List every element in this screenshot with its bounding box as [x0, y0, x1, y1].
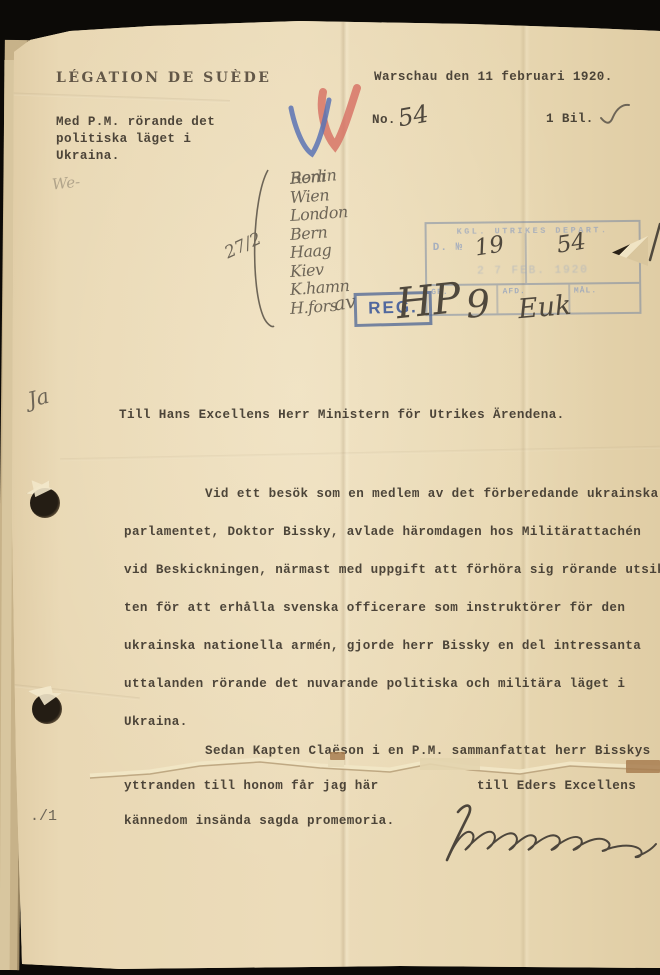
crease: [0, 683, 140, 701]
letter-paper: LÉGATION DE SUÈDE Warschau den 11 februa…: [0, 0, 660, 975]
enclosure-note: 1 Bil.: [546, 112, 594, 126]
body-line: uttalanden rörande det nuvarande politis…: [124, 677, 625, 691]
tape-repair: [626, 760, 660, 773]
crease: [60, 446, 660, 462]
body-line: Ukraina.: [124, 715, 188, 729]
stamp-dossier-value: 54: [555, 229, 588, 259]
stamp-header-text: KGL. UTRIKES DEPART.: [427, 225, 639, 237]
pencil-slash: [648, 222, 660, 262]
place-date-line: Warschau den 11 februari 1920.: [374, 70, 613, 84]
mal-value-handwritten: Euk: [517, 290, 573, 326]
crease: [0, 92, 230, 103]
stamp-dno-value: 19: [473, 231, 506, 261]
signature: [430, 798, 658, 870]
stamp-dno-label: D. №: [433, 242, 464, 254]
no-label: No.: [372, 113, 396, 127]
body-line: ukrainska nationella armén, gjorde herr …: [124, 639, 641, 653]
subject-line-1: Med P.M. rörande det: [56, 115, 215, 129]
document-scan: LÉGATION DE SUÈDE Warschau den 11 februa…: [0, 0, 660, 975]
subject-line-2: politiska läget i: [56, 132, 191, 146]
stamp-col-mal: MÅL.: [570, 284, 640, 313]
enclosure-ref: ./1: [30, 808, 57, 825]
subject-line-3: Ukraina.: [56, 149, 120, 163]
body-line: parlamentet, Doktor Bissky, avlade härom…: [124, 525, 641, 539]
gr-value-handwritten: HP: [394, 273, 464, 329]
pencil-check-icon: [598, 102, 632, 128]
tape-repair: [330, 752, 345, 760]
subject-block: Med P.M. rörande detpolitiska läget iUkr…: [56, 114, 215, 165]
body-line: vid Beskickningen, närmast med uppgift a…: [124, 563, 660, 577]
pencil-note: We-: [51, 173, 81, 194]
stamp-date: 2 7 FEB. 1920: [427, 264, 639, 278]
letterhead-legation: LÉGATION DE SUÈDE: [56, 70, 271, 86]
margin-initial: Ja: [25, 384, 51, 412]
body-line: ten för att erhålla svenska officerare s…: [124, 601, 625, 615]
closing-line: kännedom insända sagda promemoria.: [124, 814, 395, 828]
salutation: Till Hans Excellens Herr Ministern för U…: [119, 408, 565, 422]
no-value-handwritten: 54: [396, 100, 431, 133]
afd-value-handwritten: 9: [464, 281, 491, 327]
red-blue-checkmark-icon: [283, 84, 373, 168]
horizontal-tear: [90, 750, 660, 790]
body-line: Vid ett besök som en medlem av det förbe…: [205, 487, 659, 501]
